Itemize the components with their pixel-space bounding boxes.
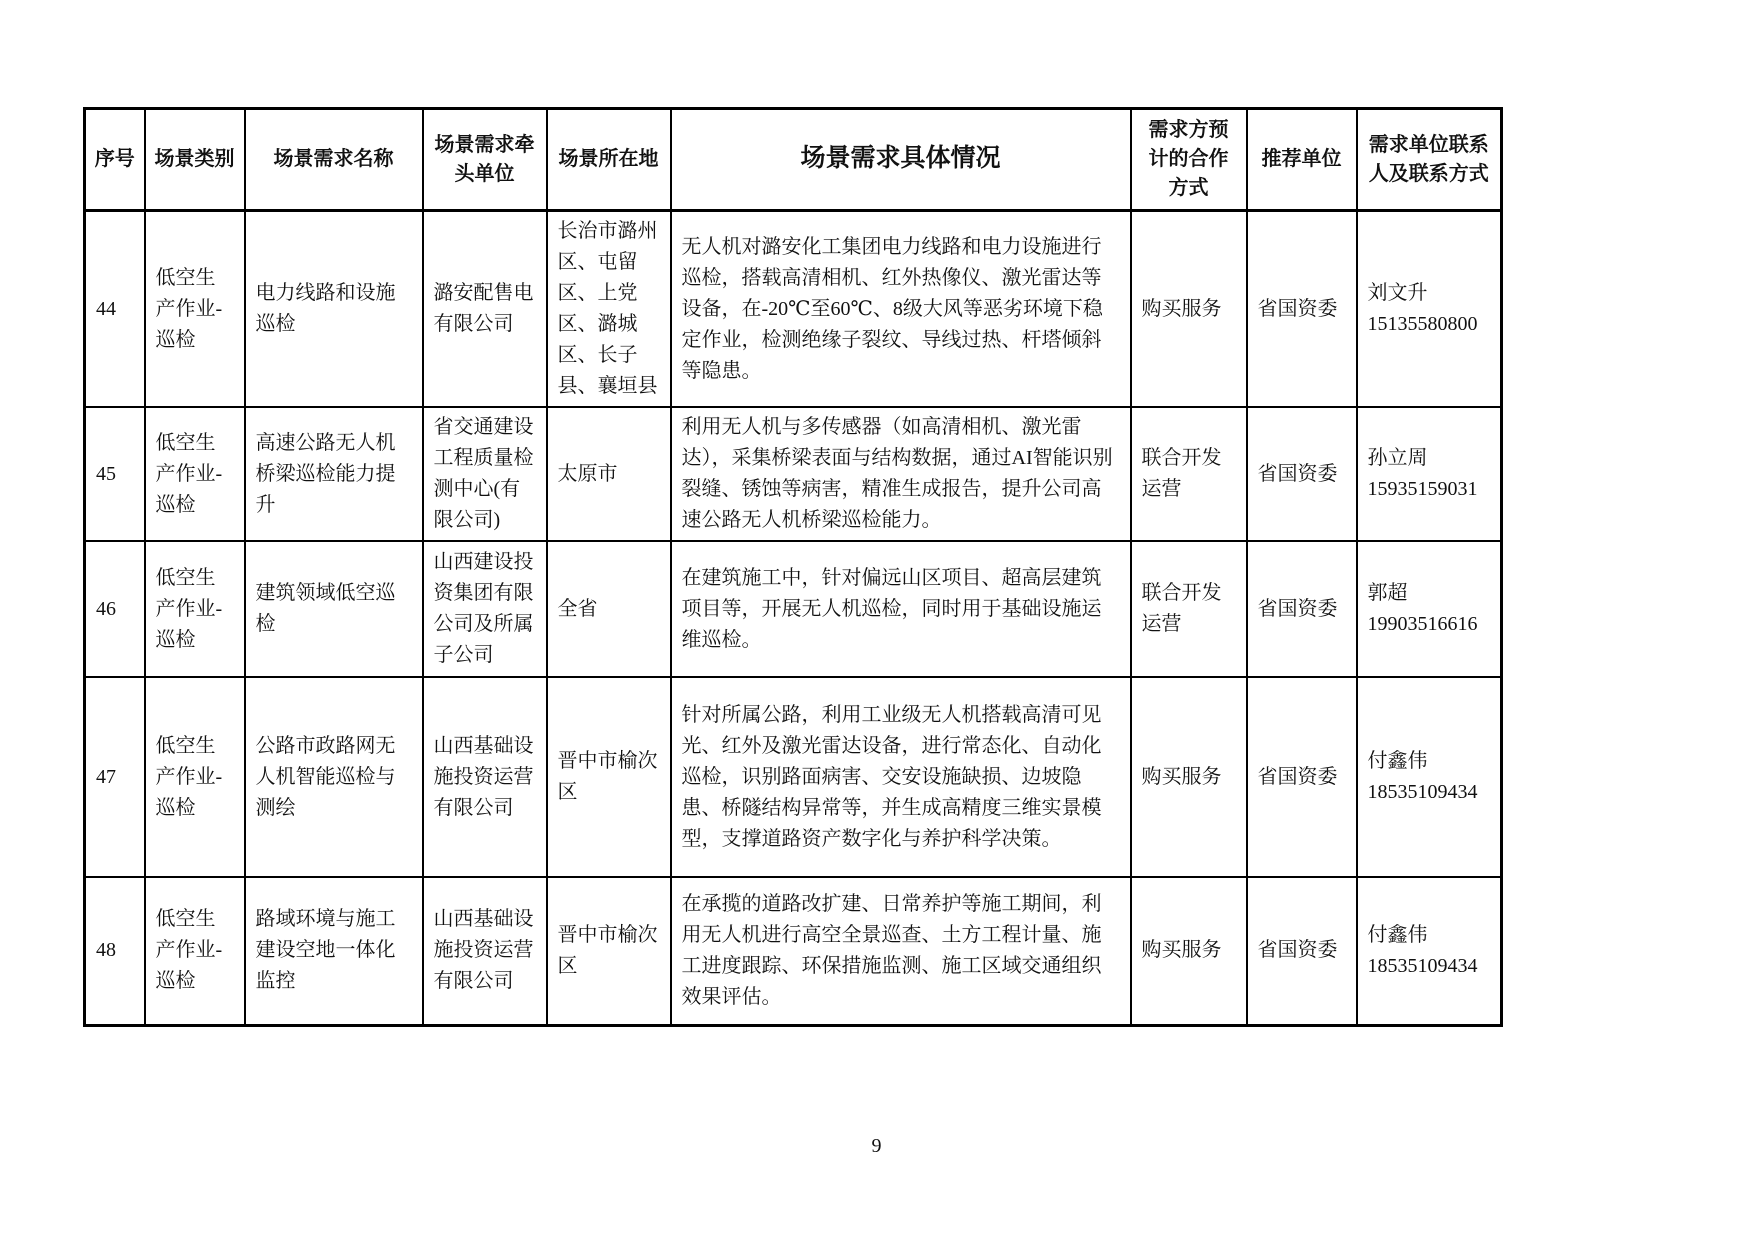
contact-phone: 18535109434 (1368, 777, 1491, 808)
table-row: 48低空生产作业-巡检路域环境与施工建设空地一体化监控山西基础设施投资运营有限公… (85, 877, 1502, 1025)
contact-name: 付鑫伟 (1368, 920, 1491, 951)
scene-requirements-table: 序号 场景类别 场景需求名称 场景需求牵头单位 场景所在地 场景需求具体情况 需… (83, 107, 1503, 1027)
contact-phone: 19903516616 (1368, 609, 1491, 640)
cell-category: 低空生产作业-巡检 (145, 407, 245, 541)
cell-cooperation: 联合开发运营 (1131, 541, 1247, 677)
contact-name: 刘文升 (1368, 278, 1491, 309)
cell-location: 太原市 (547, 407, 671, 541)
cell-name: 建筑领域低空巡检 (245, 541, 423, 677)
cell-name: 电力线路和设施巡检 (245, 211, 423, 408)
cell-recommender: 省国资委 (1247, 541, 1357, 677)
cell-contact: 孙立周15935159031 (1357, 407, 1502, 541)
contact-phone: 15135580800 (1368, 309, 1491, 340)
contact-name: 孙立周 (1368, 443, 1491, 474)
document-page: 序号 场景类别 场景需求名称 场景需求牵头单位 场景所在地 场景需求具体情况 需… (0, 0, 1753, 1240)
cell-no: 44 (85, 211, 145, 408)
col-header-category: 场景类别 (145, 109, 245, 211)
cell-lead-unit: 潞安配售电有限公司 (423, 211, 547, 408)
cell-recommender: 省国资委 (1247, 677, 1357, 877)
col-header-location: 场景所在地 (547, 109, 671, 211)
cell-name: 高速公路无人机桥梁巡检能力提升 (245, 407, 423, 541)
col-header-lead-unit: 场景需求牵头单位 (423, 109, 547, 211)
col-header-name: 场景需求名称 (245, 109, 423, 211)
table-body: 44低空生产作业-巡检电力线路和设施巡检潞安配售电有限公司长治市潞州区、屯留区、… (85, 211, 1502, 1026)
cell-contact: 付鑫伟18535109434 (1357, 677, 1502, 877)
cell-lead-unit: 省交通建设工程质量检测中心(有限公司) (423, 407, 547, 541)
col-header-cooperation: 需求方预计的合作方式 (1131, 109, 1247, 211)
cell-location: 长治市潞州区、屯留区、上党区、潞城区、长子县、襄垣县 (547, 211, 671, 408)
contact-name: 郭超 (1368, 578, 1491, 609)
contact-name: 付鑫伟 (1368, 746, 1491, 777)
cell-category: 低空生产作业-巡检 (145, 877, 245, 1025)
cell-no: 45 (85, 407, 145, 541)
cell-name: 路域环境与施工建设空地一体化监控 (245, 877, 423, 1025)
col-header-no: 序号 (85, 109, 145, 211)
cell-recommender: 省国资委 (1247, 211, 1357, 408)
cell-lead-unit: 山西基础设施投资运营有限公司 (423, 877, 547, 1025)
cell-contact: 刘文升15135580800 (1357, 211, 1502, 408)
cell-location: 全省 (547, 541, 671, 677)
table-row: 45低空生产作业-巡检高速公路无人机桥梁巡检能力提升省交通建设工程质量检测中心(… (85, 407, 1502, 541)
table-row: 47低空生产作业-巡检公路市政路网无人机智能巡检与测绘山西基础设施投资运营有限公… (85, 677, 1502, 877)
contact-phone: 18535109434 (1368, 951, 1491, 982)
cell-cooperation: 购买服务 (1131, 677, 1247, 877)
cell-cooperation: 购买服务 (1131, 211, 1247, 408)
col-header-contact: 需求单位联系人及联系方式 (1357, 109, 1502, 211)
table-row: 44低空生产作业-巡检电力线路和设施巡检潞安配售电有限公司长治市潞州区、屯留区、… (85, 211, 1502, 408)
col-header-details: 场景需求具体情况 (671, 109, 1131, 211)
cell-recommender: 省国资委 (1247, 877, 1357, 1025)
cell-no: 48 (85, 877, 145, 1025)
cell-location: 晋中市榆次区 (547, 677, 671, 877)
cell-location: 晋中市榆次区 (547, 877, 671, 1025)
cell-recommender: 省国资委 (1247, 407, 1357, 541)
contact-phone: 15935159031 (1368, 474, 1491, 505)
cell-lead-unit: 山西基础设施投资运营有限公司 (423, 677, 547, 877)
cell-lead-unit: 山西建设投资集团有限公司及所属子公司 (423, 541, 547, 677)
cell-no: 47 (85, 677, 145, 877)
cell-name: 公路市政路网无人机智能巡检与测绘 (245, 677, 423, 877)
cell-category: 低空生产作业-巡检 (145, 211, 245, 408)
cell-details: 无人机对潞安化工集团电力线路和电力设施进行巡检，搭载高清相机、红外热像仪、激光雷… (671, 211, 1131, 408)
cell-cooperation: 联合开发运营 (1131, 407, 1247, 541)
cell-category: 低空生产作业-巡检 (145, 677, 245, 877)
page-number: 9 (0, 1135, 1753, 1158)
cell-contact: 郭超19903516616 (1357, 541, 1502, 677)
cell-contact: 付鑫伟18535109434 (1357, 877, 1502, 1025)
col-header-recommender: 推荐单位 (1247, 109, 1357, 211)
table-row: 46低空生产作业-巡检建筑领域低空巡检山西建设投资集团有限公司及所属子公司全省在… (85, 541, 1502, 677)
table-header-row: 序号 场景类别 场景需求名称 场景需求牵头单位 场景所在地 场景需求具体情况 需… (85, 109, 1502, 211)
cell-cooperation: 购买服务 (1131, 877, 1247, 1025)
cell-category: 低空生产作业-巡检 (145, 541, 245, 677)
cell-details: 在建筑施工中，针对偏远山区项目、超高层建筑项目等，开展无人机巡检，同时用于基础设… (671, 541, 1131, 677)
cell-details: 针对所属公路，利用工业级无人机搭载高清可见光、红外及激光雷达设备，进行常态化、自… (671, 677, 1131, 877)
cell-details: 在承揽的道路改扩建、日常养护等施工期间，利用无人机进行高空全景巡查、土方工程计量… (671, 877, 1131, 1025)
cell-details: 利用无人机与多传感器（如高清相机、激光雷达），采集桥梁表面与结构数据，通过AI智… (671, 407, 1131, 541)
cell-no: 46 (85, 541, 145, 677)
